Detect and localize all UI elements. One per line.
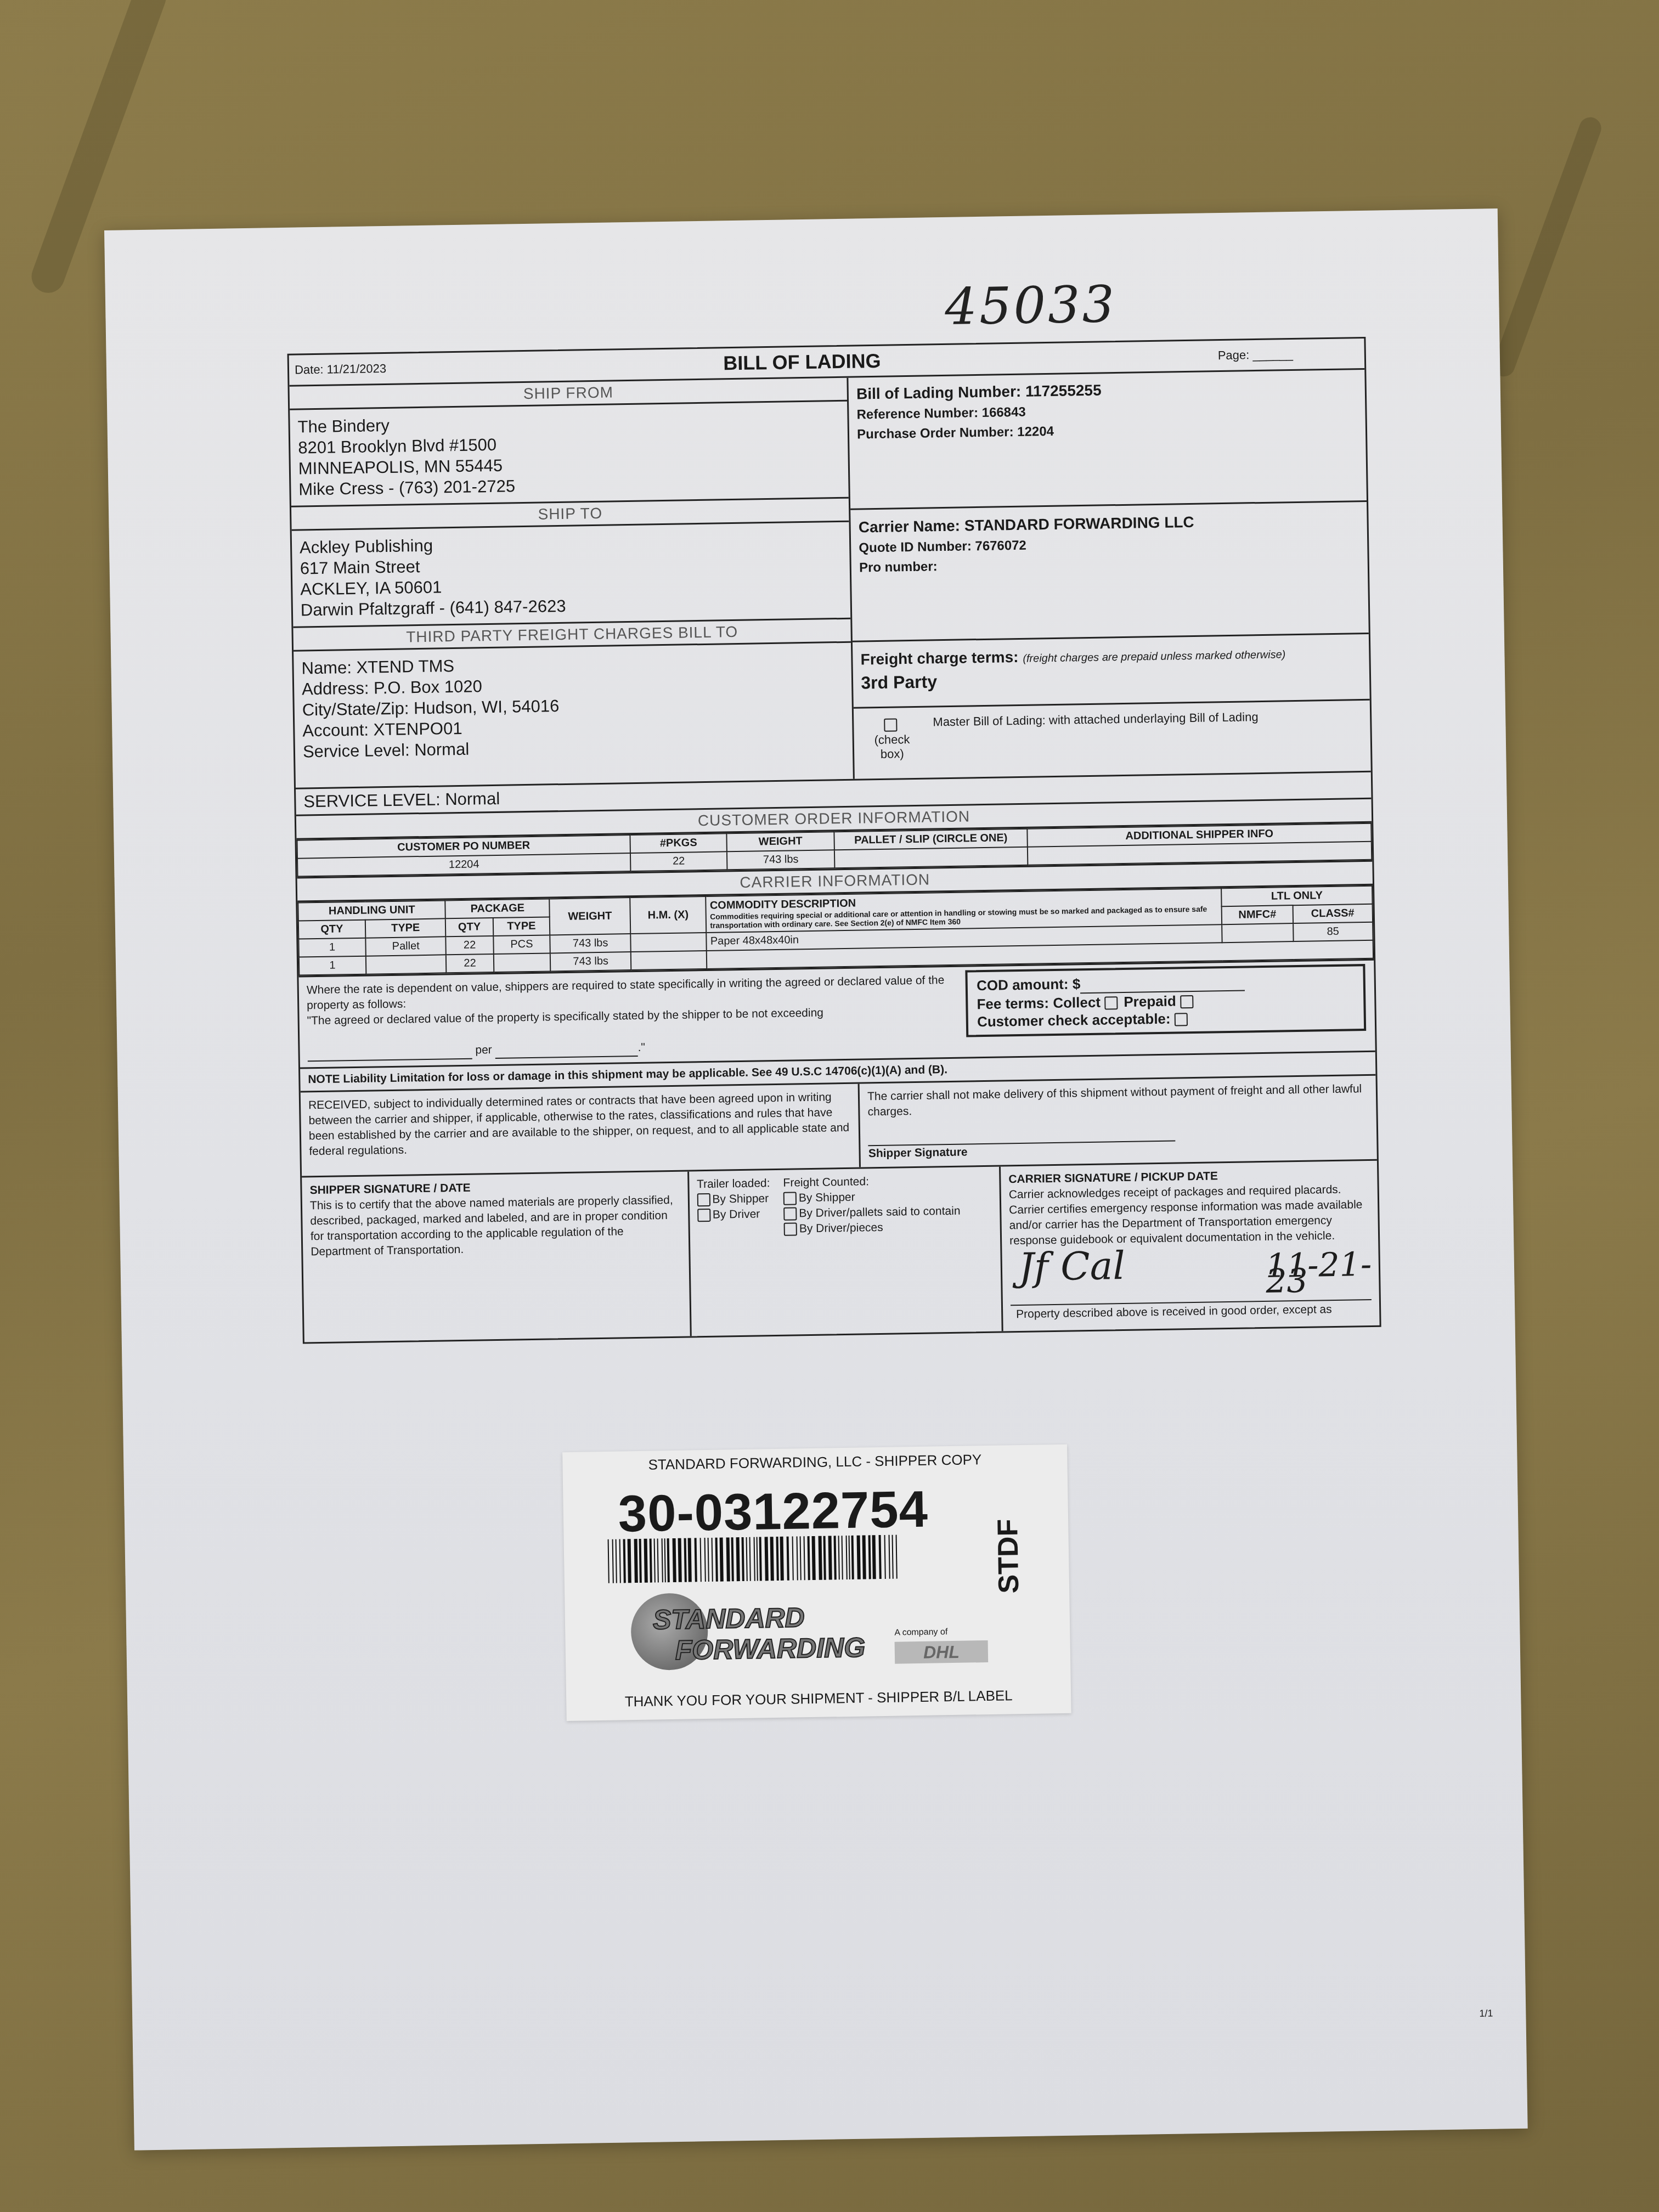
cell-hu-type bbox=[366, 955, 447, 974]
col-handling-unit: HANDLING UNIT bbox=[298, 900, 445, 921]
barcode-bar bbox=[731, 1537, 734, 1581]
bol-title: BILL OF LADING bbox=[723, 349, 881, 375]
address-block: SHIP FROM The Bindery 8201 Brooklyn Blvd… bbox=[290, 370, 1371, 789]
cell-weight: 743 lbs bbox=[550, 934, 630, 953]
barcode-bar bbox=[846, 1536, 848, 1579]
cell-pkg-type: PCS bbox=[493, 935, 550, 954]
carrier-name: Carrier Name: STANDARD FORWARDING LLC bbox=[859, 511, 1359, 536]
ship-from-address: The Bindery 8201 Brooklyn Blvd #1500 MIN… bbox=[290, 402, 849, 507]
trailer-loaded-group: Trailer loaded: By Shipper By Driver bbox=[697, 1176, 772, 1330]
cell-pkg-qty: 22 bbox=[446, 954, 494, 973]
declared-per-field[interactable] bbox=[495, 1040, 637, 1059]
reference-number: Reference Number: 166843 bbox=[856, 399, 1357, 422]
cell-class: 85 bbox=[1293, 922, 1373, 941]
freight-terms-label-row: Freight charge terms: (freight charges a… bbox=[860, 643, 1361, 668]
barcode-bar bbox=[664, 1538, 666, 1582]
barcode-bar bbox=[884, 1535, 886, 1579]
col-weight: WEIGHT bbox=[549, 898, 630, 935]
carrier-info-section: CARRIER INFORMATION HANDLING UNIT PACKAG… bbox=[297, 862, 1374, 978]
freight-terms-block: Freight charge terms: (freight charges a… bbox=[853, 634, 1370, 709]
barcode-bar bbox=[828, 1536, 832, 1579]
carrier-sig-text: Carrier acknowledges receipt of packages… bbox=[1009, 1182, 1371, 1249]
master-bol-text: Master Bill of Lading: with attached und… bbox=[933, 710, 1258, 729]
counted-by-driver-pieces-checkbox[interactable] bbox=[784, 1223, 797, 1236]
service-level: SERVICE LEVEL: Normal bbox=[296, 786, 507, 815]
carrier-sig-block: CARRIER SIGNATURE / PICKUP DATE Carrier … bbox=[1001, 1161, 1380, 1331]
cell-pkg-qty: 22 bbox=[446, 936, 494, 955]
barcode-bar bbox=[776, 1537, 779, 1581]
freight-counted-group: Freight Counted: By Shipper By Driver/pa… bbox=[783, 1173, 962, 1329]
barcode-bar bbox=[667, 1538, 670, 1582]
barcode-bar bbox=[639, 1539, 642, 1583]
barcode-bar bbox=[749, 1537, 751, 1581]
barcode-bar bbox=[704, 1538, 706, 1582]
barcode-bar bbox=[746, 1537, 748, 1581]
barcode-bar bbox=[759, 1537, 762, 1581]
label-side-code: STDF bbox=[991, 1519, 1025, 1594]
cell-weight: 743 lbs bbox=[550, 952, 631, 971]
declared-value-line: per ." bbox=[307, 1035, 959, 1062]
master-bol-checkbox[interactable] bbox=[884, 719, 897, 732]
barcode-bar bbox=[662, 1538, 663, 1582]
barcode-bar bbox=[726, 1537, 730, 1581]
received-row: RECEIVED, subject to individually determ… bbox=[301, 1076, 1377, 1178]
barcode-bar bbox=[678, 1538, 682, 1582]
label-header: STANDARD FORWARDING, LLC - SHIPPER COPY bbox=[562, 1450, 1067, 1475]
loading-count-block: Trailer loaded: By Shipper By Driver Fre… bbox=[689, 1167, 1003, 1336]
barcode-bar bbox=[754, 1537, 755, 1581]
check-acceptable-label: Customer check acceptable: bbox=[977, 1011, 1171, 1030]
barcode-bar bbox=[700, 1538, 702, 1582]
check-box-caption: (check box) bbox=[862, 732, 923, 762]
fee-terms-label: Fee terms: Collect bbox=[977, 994, 1101, 1013]
cell-hu-qty: 1 bbox=[299, 956, 366, 975]
bol-numbers: Bill of Lading Number: 117255255 Referen… bbox=[849, 370, 1367, 510]
barcode-bar bbox=[780, 1537, 784, 1581]
barcode-bar bbox=[650, 1539, 652, 1583]
barcode-bar bbox=[770, 1537, 774, 1581]
col-pkg-qty: QTY bbox=[445, 918, 493, 936]
purchase-order-number: Purchase Order Number: 12204 bbox=[857, 419, 1358, 442]
barcode-bar bbox=[708, 1538, 709, 1582]
barcode-bar bbox=[842, 1536, 843, 1579]
signature-row: SHIPPER SIGNATURE / DATE This is to cert… bbox=[302, 1161, 1379, 1342]
standard-forwarding-logo: STANDARD FORWARDING bbox=[630, 1590, 840, 1676]
barcode-bar bbox=[684, 1538, 687, 1582]
cod-amount-field[interactable] bbox=[1080, 973, 1245, 994]
barcode-bar bbox=[695, 1538, 697, 1582]
barcode-bar bbox=[688, 1538, 692, 1582]
barcode-bar bbox=[823, 1536, 826, 1580]
barcode-bar bbox=[736, 1537, 740, 1581]
cell-pkgs: 22 bbox=[630, 851, 727, 871]
handwritten-number: 45033 bbox=[945, 275, 1117, 336]
shipper-label: STANDARD FORWARDING, LLC - SHIPPER COPY … bbox=[562, 1444, 1071, 1721]
barcode-bar bbox=[889, 1535, 890, 1579]
barcode-bar bbox=[720, 1538, 724, 1582]
col-class: CLASS# bbox=[1293, 904, 1373, 923]
cell-weight: 743 lbs bbox=[727, 850, 834, 870]
option-label: By Shipper bbox=[799, 1191, 855, 1205]
barcode-bar bbox=[800, 1536, 802, 1580]
col-package: PACKAGE bbox=[445, 899, 550, 918]
cell-pallet bbox=[834, 847, 1028, 868]
col-pallet-slip: PALLET / SLIP (CIRCLE ONE) bbox=[834, 829, 1028, 850]
label-footer: THANK YOU FOR YOUR SHIPMENT - SHIPPER B/… bbox=[566, 1686, 1071, 1711]
shipper-cert-text: This is to certify that the above named … bbox=[310, 1193, 681, 1260]
company-of-text: A company of bbox=[894, 1627, 947, 1638]
barcode-bar bbox=[623, 1539, 626, 1583]
carrier-delivery-block: The carrier shall not make delivery of t… bbox=[860, 1076, 1377, 1167]
barcode-bar bbox=[673, 1538, 676, 1582]
barcode-bar bbox=[862, 1535, 866, 1579]
barcode-bar bbox=[765, 1537, 769, 1581]
option-label: By Driver/pieces bbox=[799, 1221, 883, 1235]
logo-line2: FORWARDING bbox=[675, 1632, 865, 1666]
freight-counted-option[interactable]: By Driver/pallets said to contain bbox=[783, 1204, 961, 1222]
page-mark: 1/1 bbox=[1479, 2008, 1493, 2019]
freight-terms-note: (freight charges are prepaid unless mark… bbox=[1023, 648, 1285, 665]
barcode-bar bbox=[654, 1539, 656, 1583]
barcode-bar bbox=[787, 1537, 789, 1581]
declared-value-row: Where the rate is dependent on value, sh… bbox=[298, 961, 1375, 1069]
master-bol-block: (check box) Master Bill of Lading: with … bbox=[854, 701, 1371, 779]
barcode-bar bbox=[892, 1535, 894, 1579]
barcode-bar bbox=[616, 1539, 617, 1583]
dhl-logo: DHL bbox=[895, 1640, 989, 1664]
col-hm: H.M. (X) bbox=[630, 896, 706, 934]
master-bol-check-wrap: (check box) bbox=[861, 715, 922, 762]
barcode-bar bbox=[896, 1535, 898, 1579]
declared-value-text: Where the rate is dependent on value, sh… bbox=[298, 967, 967, 1068]
col-hu-type: TYPE bbox=[365, 918, 446, 938]
barcode-bar bbox=[712, 1538, 713, 1582]
cell-hu-type: Pallet bbox=[365, 936, 446, 956]
barcode-bar bbox=[792, 1537, 794, 1581]
barcode-bar bbox=[849, 1536, 850, 1579]
col-pkg-type: TYPE bbox=[493, 917, 550, 936]
page-field: Page: ______ bbox=[1218, 347, 1293, 363]
barcode-bar bbox=[819, 1536, 822, 1580]
col-nmfc: NMFC# bbox=[1222, 905, 1293, 924]
carrier-delivery-text: The carrier shall not make delivery of t… bbox=[867, 1081, 1369, 1120]
bol-date: Date: 11/21/2023 bbox=[295, 362, 387, 377]
freight-terms-label: Freight charge terms: bbox=[860, 648, 1018, 668]
third-party-address: Name: XTEND TMS Address: P.O. Box 1020 C… bbox=[294, 643, 853, 769]
barcode-bar bbox=[657, 1538, 659, 1582]
counted-by-shipper-checkbox[interactable] bbox=[783, 1192, 797, 1205]
bol-number: Bill of Lading Number: 117255255 bbox=[856, 377, 1357, 403]
barcode-bar bbox=[628, 1539, 631, 1583]
ship-to-address: Ackley Publishing 617 Main Street ACKLEY… bbox=[292, 522, 851, 628]
trailer-loaded-option[interactable]: By Shipper bbox=[697, 1191, 770, 1207]
barcode-bar bbox=[857, 1536, 861, 1579]
carrier-signature-date: 11-21-23 bbox=[1266, 1257, 1379, 1289]
cell-hu-qty: 1 bbox=[298, 938, 365, 957]
cell-hm bbox=[631, 951, 707, 970]
barcode-bar bbox=[608, 1539, 610, 1583]
trailer-loaded-option[interactable]: By Driver bbox=[697, 1206, 771, 1223]
barcode-bar bbox=[812, 1536, 816, 1580]
check-acceptable-checkbox[interactable] bbox=[1175, 1013, 1188, 1026]
cod-box: COD amount: $ Fee terms: Collect Prepaid… bbox=[966, 964, 1367, 1037]
trailer-loaded-label: Trailer loaded: bbox=[697, 1176, 770, 1192]
by-shipper-checkbox[interactable] bbox=[697, 1193, 710, 1206]
carrier-block: Carrier Name: STANDARD FORWARDING LLC Qu… bbox=[850, 502, 1368, 642]
bill-of-lading-sheet: 45033 Date: 11/21/2023 BILL OF LADING Pa… bbox=[104, 208, 1528, 2150]
logo-line1: STANDARD bbox=[652, 1601, 865, 1635]
collect-checkbox[interactable] bbox=[1104, 996, 1118, 1009]
col-weight: WEIGHT bbox=[727, 832, 834, 851]
barcode-bar bbox=[715, 1538, 718, 1582]
barcode-bar bbox=[619, 1539, 621, 1583]
barcode-bar bbox=[838, 1536, 840, 1579]
cod-amount-label: COD amount: $ bbox=[977, 975, 1081, 994]
logo-text: STANDARD FORWARDING bbox=[652, 1601, 865, 1666]
barcode-bar bbox=[612, 1539, 614, 1583]
close-quote: ." bbox=[637, 1041, 645, 1054]
col-ltl-only: LTL ONLY bbox=[1221, 886, 1372, 906]
cell-nmfc bbox=[1222, 923, 1293, 943]
col-pkgs: #PKGS bbox=[630, 833, 727, 853]
barcode-bar bbox=[797, 1536, 798, 1580]
barcode-bar bbox=[872, 1535, 876, 1579]
quote-id: Quote ID Number: 7676072 bbox=[859, 533, 1359, 556]
table-wood-grain bbox=[1490, 114, 1605, 380]
option-label: By Shipper bbox=[712, 1192, 769, 1206]
bol-form: Date: 11/21/2023 BILL OF LADING Page: __… bbox=[287, 337, 1381, 1344]
shipper-cert-block: SHIPPER SIGNATURE / DATE This is to cert… bbox=[302, 1171, 691, 1342]
counted-by-driver-pallets-checkbox[interactable] bbox=[783, 1207, 797, 1221]
cell-pkg-type bbox=[493, 953, 550, 972]
by-driver-checkbox[interactable] bbox=[697, 1209, 710, 1222]
prepaid-checkbox[interactable] bbox=[1180, 995, 1193, 1008]
carrier-signature: Jf Cal bbox=[1019, 1258, 1125, 1275]
label-tracking-number: 30-03122754 bbox=[618, 1480, 929, 1544]
barcode-bar bbox=[808, 1536, 810, 1580]
per-label: per bbox=[475, 1043, 492, 1056]
option-label: By Driver bbox=[713, 1207, 760, 1221]
barcode-bar bbox=[757, 1537, 758, 1581]
barcode-bar bbox=[834, 1536, 837, 1579]
freight-counted-option[interactable]: By Driver/pieces bbox=[784, 1219, 961, 1237]
option-label: By Driver/pallets said to contain bbox=[799, 1205, 960, 1220]
barcode bbox=[608, 1533, 992, 1583]
prepaid-label: Prepaid bbox=[1124, 992, 1176, 1009]
barcode-bar bbox=[804, 1536, 805, 1580]
barcode-bar bbox=[879, 1535, 882, 1579]
cell-hm bbox=[630, 933, 707, 952]
col-hu-qty: QTY bbox=[298, 920, 365, 939]
pro-number: Pro number: bbox=[859, 552, 1360, 575]
barcode-bar bbox=[742, 1537, 744, 1581]
barcode-bar bbox=[644, 1539, 648, 1583]
barcode-bar bbox=[868, 1535, 871, 1579]
freight-terms-value: 3rd Party bbox=[861, 665, 1362, 693]
barcode-bar bbox=[851, 1536, 854, 1579]
barcode-bar bbox=[634, 1539, 638, 1583]
declared-value-field[interactable] bbox=[307, 1043, 472, 1062]
received-text: RECEIVED, subject to individually determ… bbox=[301, 1084, 861, 1176]
